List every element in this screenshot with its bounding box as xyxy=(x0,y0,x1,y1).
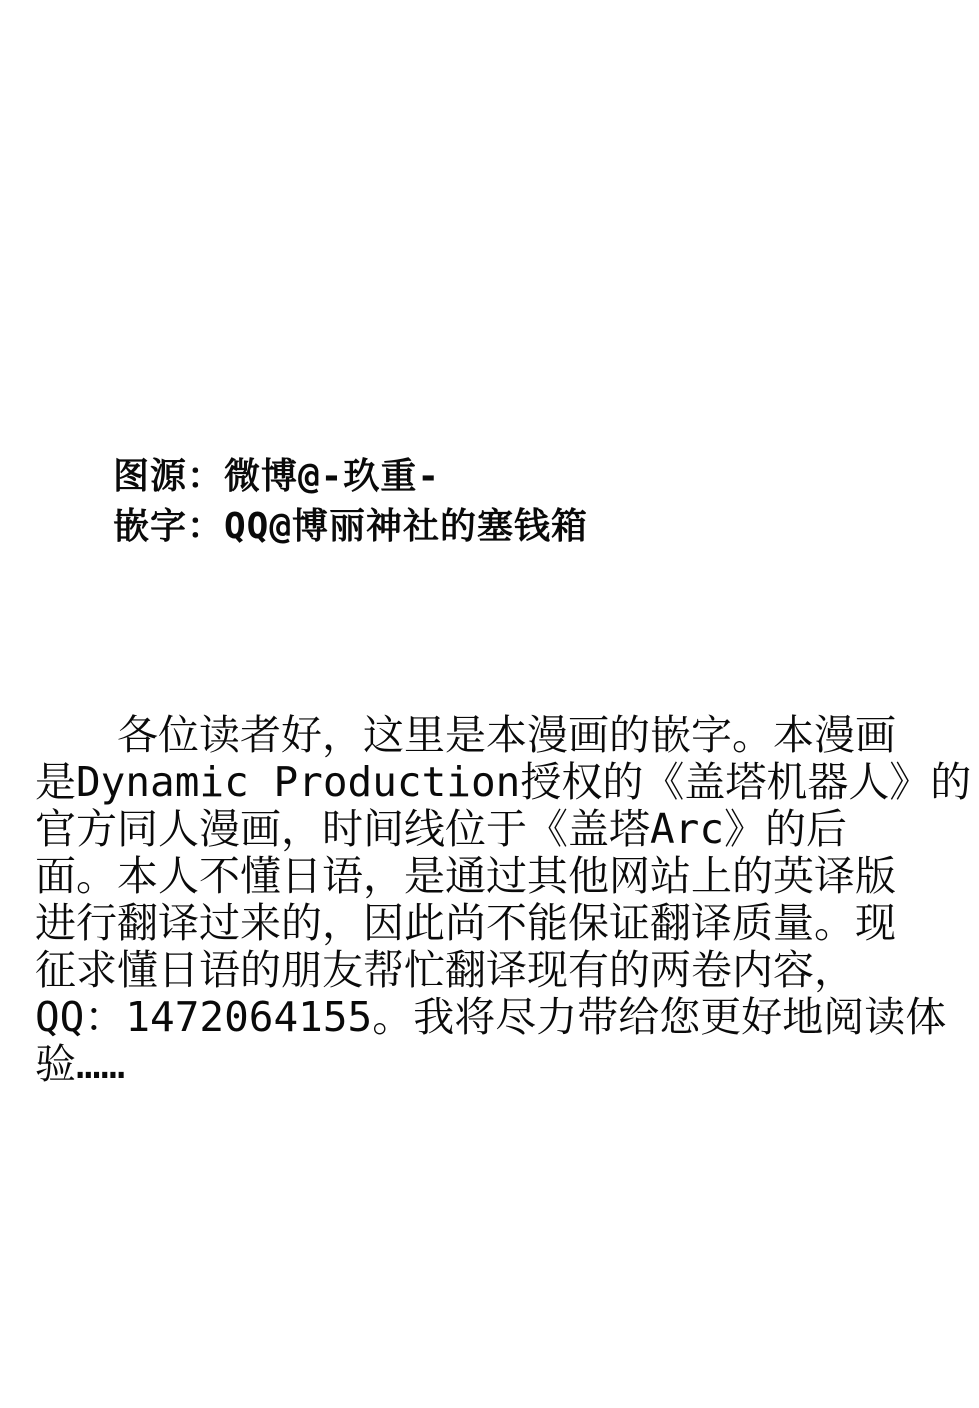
notice-line: 进行翻译过来的，因此尚不能保证翻译质量。现 xyxy=(35,900,955,947)
notice-line: 各位读者好，这里是本漫画的嵌字。本漫画 xyxy=(35,712,955,759)
translator-notice-paragraph: 各位读者好，这里是本漫画的嵌字。本漫画 是Dynamic Production授… xyxy=(35,712,955,1088)
notice-line: 征求懂日语的朋友帮忙翻译现有的两卷内容， xyxy=(35,947,955,994)
notice-line: 验…… xyxy=(35,1041,955,1088)
credits-line-image-source: 图源：微博@-玖重- xyxy=(113,452,588,502)
notice-line: 官方同人漫画，时间线位于《盖塔Arc》的后 xyxy=(35,806,955,853)
notice-line: QQ：1472064155。我将尽力带给您更好地阅读体 xyxy=(35,994,955,1041)
credits-block: 图源：微博@-玖重- 嵌字：QQ@博丽神社的塞钱箱 xyxy=(113,452,588,552)
notice-line: 是Dynamic Production授权的《盖塔机器人》的 xyxy=(35,759,955,806)
notice-line: 面。本人不懂日语，是通过其他网站上的英译版 xyxy=(35,853,955,900)
credits-line-typesetting: 嵌字：QQ@博丽神社的塞钱箱 xyxy=(113,502,588,552)
manga-credits-page: 图源：微博@-玖重- 嵌字：QQ@博丽神社的塞钱箱 各位读者好，这里是本漫画的嵌… xyxy=(0,0,979,1408)
